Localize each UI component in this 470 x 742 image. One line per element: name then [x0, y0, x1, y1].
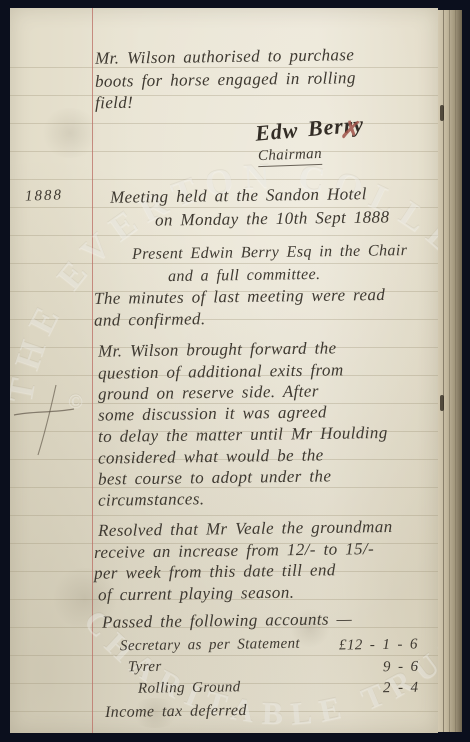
account-name: Rolling Ground — [138, 680, 241, 696]
ink-smudge — [40, 108, 100, 158]
handwriting-line: best course to adopt under the — [98, 467, 332, 487]
accounts-row: Rolling Ground 2 - 4 — [10, 681, 418, 701]
accounts-intro-line: Passed the following accounts — — [102, 610, 352, 630]
account-amount: 2 - 4 — [382, 681, 418, 696]
attendance-line: and a full committee. — [168, 267, 321, 285]
minutes-confirm-line: and confirmed. — [94, 310, 206, 329]
account-name: Tyrer — [128, 660, 162, 675]
handwriting-line: Resolved that Mr Veale the groundman — [98, 518, 393, 539]
margin-pencil-mark — [12, 383, 102, 463]
margin-year-label: 1888 — [25, 188, 64, 204]
red-check-mark-icon: ✗ — [338, 115, 364, 148]
minute-book-page: THE EVERTON COLLECTION CHARITABLE TRUST … — [10, 8, 438, 733]
handwriting-line: to delay the matter until Mr Houlding — [98, 424, 388, 445]
handwriting-line: considered what would be the — [98, 446, 324, 466]
meeting-heading-line: on Monday the 10th Sept 1888 — [155, 208, 390, 228]
handwriting-line: Mr. Wilson brought forward the — [98, 339, 337, 359]
account-amount: £12 - 1 - 6 — [339, 637, 418, 653]
attendance-line: Present Edwin Berry Esq in the Chair — [132, 243, 408, 263]
copyright-icon: © — [68, 391, 92, 413]
handwriting-line: of current playing season. — [98, 584, 295, 604]
handwriting-line: per week from this date till end — [94, 561, 336, 581]
page-edge-stack — [438, 10, 462, 732]
handwriting-line: field! — [95, 94, 134, 112]
minutes-confirm-line: The minutes of last meeting were read — [94, 286, 385, 307]
handwriting-line: circumstances. — [98, 490, 205, 508]
handwriting-line: ground on reserve side. After — [98, 382, 319, 402]
accounts-row: Secretary as per Statement £12 - 1 - 6 — [10, 638, 418, 658]
handwriting-line: Mr. Wilson authorised to purchase — [95, 46, 354, 67]
chairman-label: Chairman — [258, 147, 323, 167]
scanned-minute-book-photo: THE EVERTON COLLECTION CHARITABLE TRUST … — [0, 0, 470, 742]
handwriting-line: receive an increase from 12/- to 15/- — [94, 540, 374, 561]
meeting-heading-line: Meeting held at the Sandon Hotel — [110, 185, 367, 206]
handwriting-line: question of additional exits from — [98, 361, 344, 381]
account-amount: 9 - 6 — [382, 660, 418, 675]
handwriting-line: boots for horse engaged in rolling — [95, 69, 356, 90]
account-name: Secretary as per Statement — [120, 637, 300, 655]
handwriting-line: some discussion it was agreed — [98, 403, 327, 423]
accounts-row: Tyrer 9 - 6 — [10, 660, 418, 680]
red-margin-line — [92, 8, 93, 733]
accounts-footer-line: Income tax deferred — [105, 703, 247, 721]
